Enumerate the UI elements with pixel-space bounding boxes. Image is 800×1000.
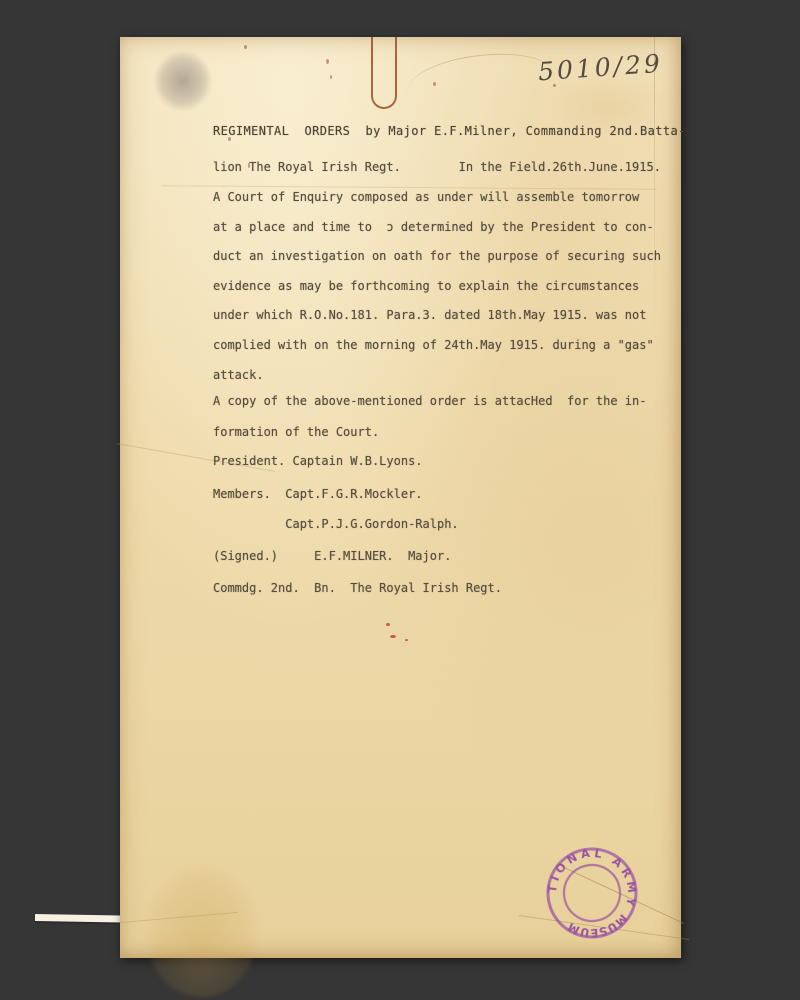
stain-bottom-left [144,865,259,997]
typed-line: (Signed.) E.F.MILNER. Major. [213,549,451,563]
typed-line: evidence as may be forthcoming to explai… [213,279,639,293]
typed-line: at a place and time to ɔ determined by t… [213,220,654,234]
document-page: 5010/29 REGIMENTAL ORDERS by Major E.F.M… [120,37,681,958]
rust-speck [326,59,329,64]
typed-line: lion The Royal Irish Regt. In the Field.… [213,160,661,174]
rust-speck [330,75,332,79]
red-ink-speck [405,639,408,641]
stamp-inner-ring [560,861,625,926]
typed-line: A Court of Enquiry composed as under wil… [213,190,639,204]
typed-line: complied with on the morning of 24th.May… [213,338,654,352]
crease-top-curve [405,46,555,116]
typed-line: under which R.O.No.181. Para.3. dated 18… [213,308,646,322]
stamp-arc-top-text: NATIONAL ARMY [528,829,642,925]
typed-line: attack. [213,368,264,382]
typed-line: Members. Capt.F.G.R.Mockler. [213,487,423,501]
red-ink-speck [386,623,390,626]
typed-line: duct an investigation on oath for the pu… [213,249,661,263]
typed-line: Commdg. 2nd. Bn. The Royal Irish Regt. [213,581,502,595]
fingerprint-smudge [154,51,212,111]
typed-text-block: REGIMENTAL ORDERS by Major E.F.Milner, C… [213,124,688,604]
red-ink-speck [390,635,396,638]
typed-line: formation of the Court. [213,425,379,439]
rust-speck [433,82,436,86]
museum-stamp: NATIONAL ARMY MUSEUM [528,829,655,956]
typed-line: Capt.P.J.G.Gordon-Ralph. [213,517,459,531]
photo-backdrop: 5010/29 REGIMENTAL ORDERS by Major E.F.M… [0,0,800,1000]
rust-speck [244,45,247,49]
typed-line: REGIMENTAL ORDERS by Major E.F.Milner, C… [213,124,686,138]
typed-line: A copy of the above-mentioned order is a… [213,394,646,408]
paperclip-stain [371,37,397,109]
typed-line: President. Captain W.B.Lyons. [213,454,423,468]
